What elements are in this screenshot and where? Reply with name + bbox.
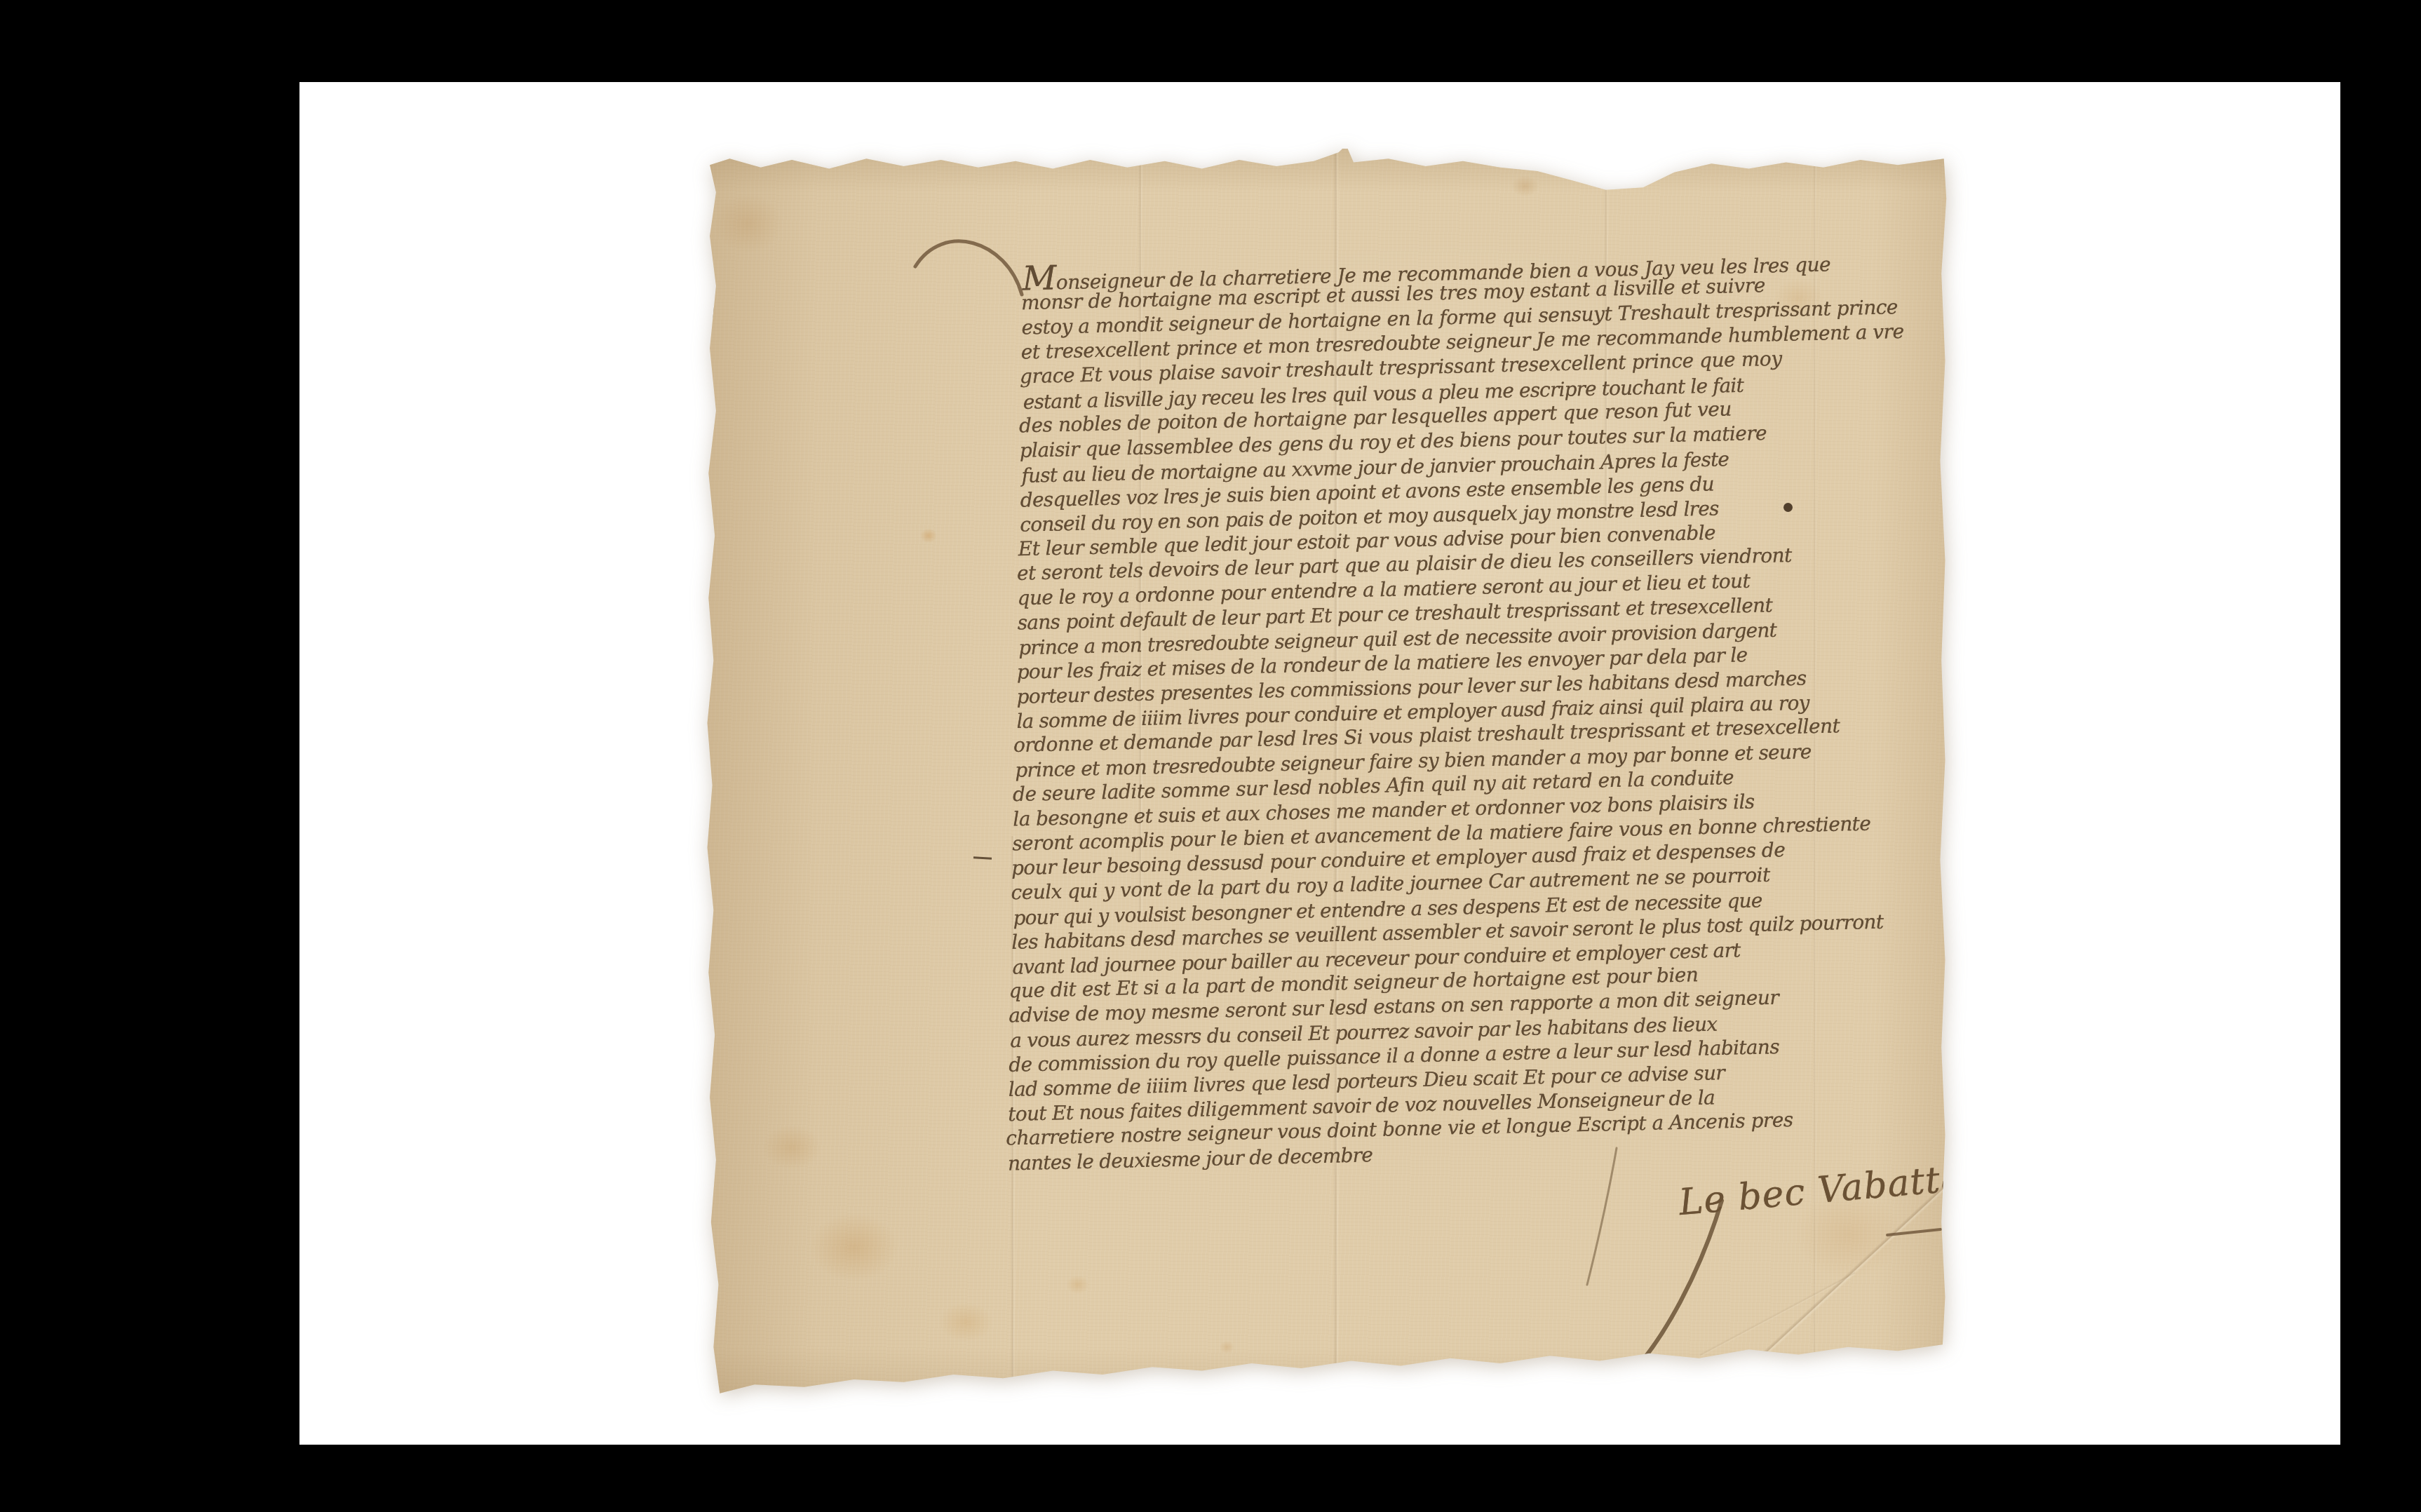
signature-tail-flourish — [1604, 1201, 1722, 1386]
handwriting-block: Monseigneur de la charretiere Je me reco… — [1023, 245, 1963, 1175]
manuscript-paper-shadow: Monseigneur de la charretiere Je me reco… — [705, 149, 1948, 1397]
manuscript-paper: Monseigneur de la charretiere Je me reco… — [705, 149, 1948, 1397]
scene: Monseigneur de la charretiere Je me reco… — [0, 0, 2421, 1512]
margin-mark — [973, 856, 992, 859]
escript-descender-flourish — [1587, 1148, 1617, 1285]
opening-letter-flourish — [915, 241, 1022, 295]
